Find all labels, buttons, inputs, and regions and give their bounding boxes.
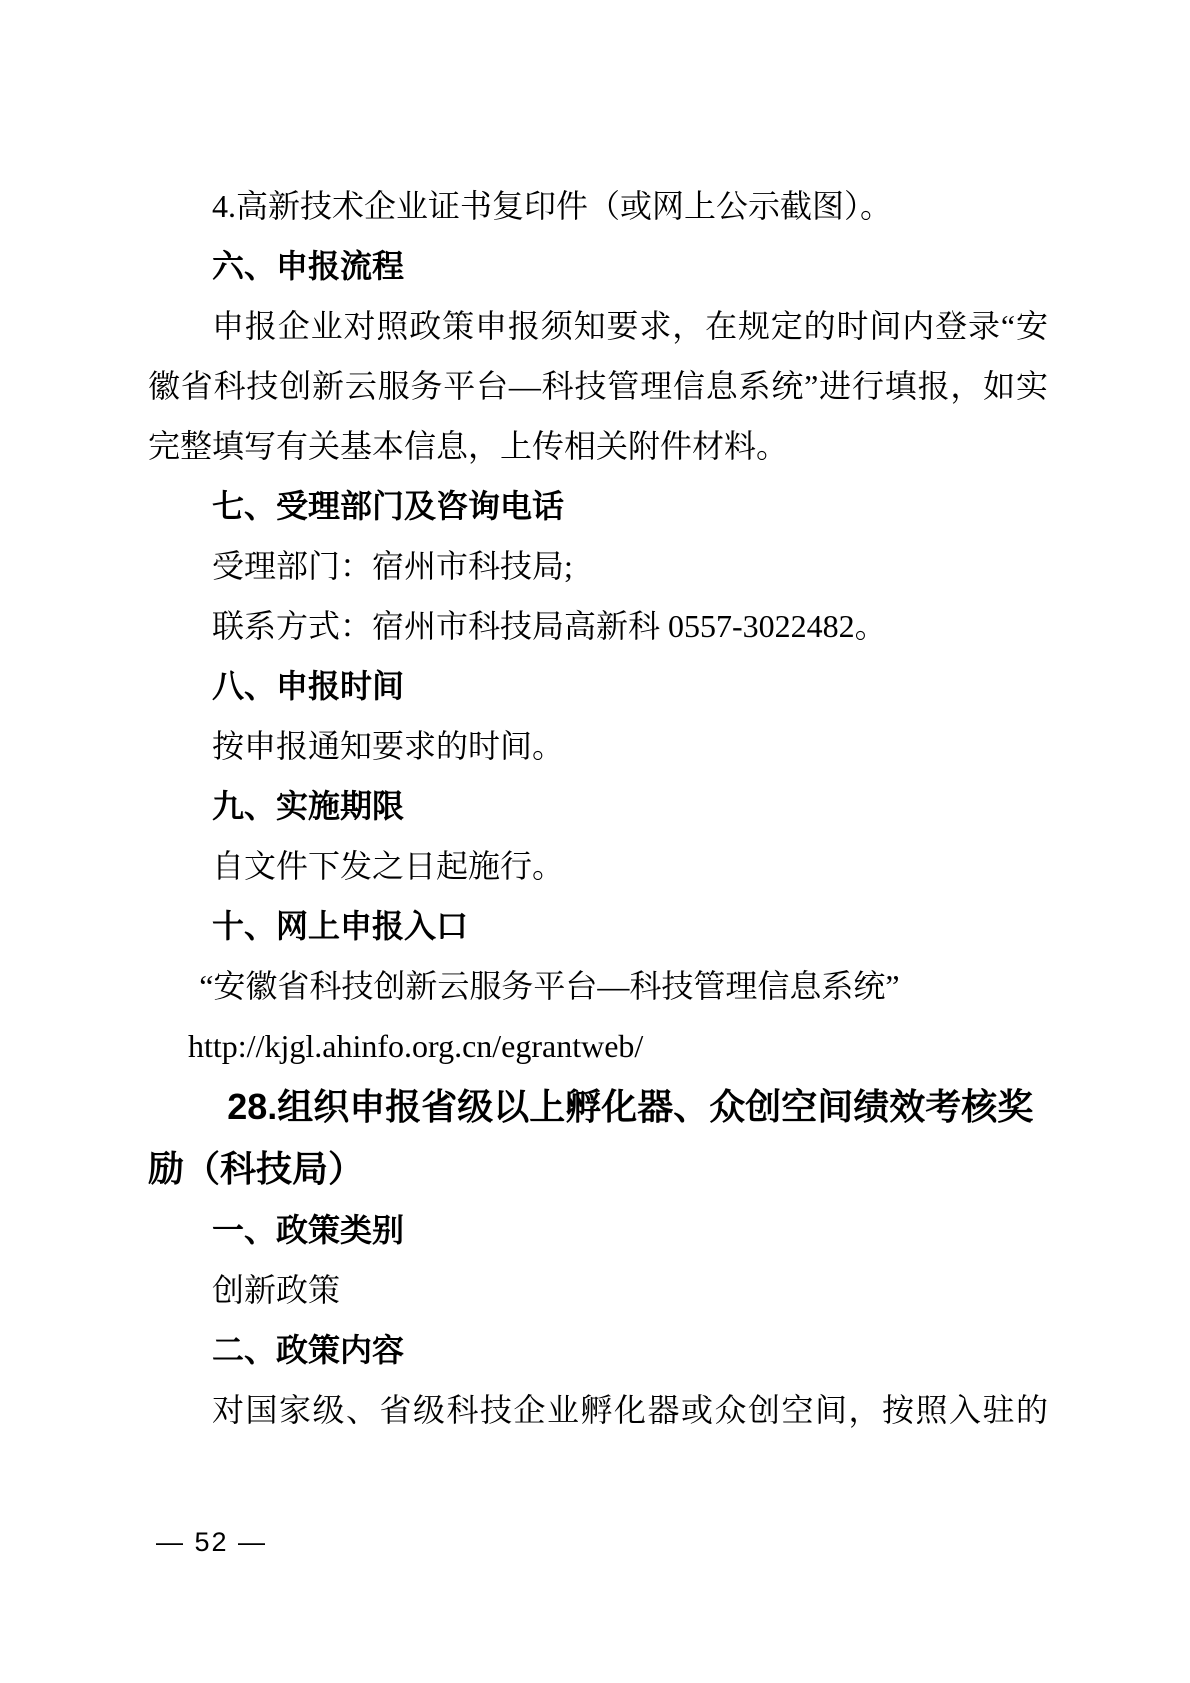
para-contact-info: 联系方式：宿州市科技局高新科 0557-3022482。 [148, 596, 1048, 656]
page-number: — 52 — [156, 1527, 267, 1558]
document-page: 4.高新技术企业证书复印件（或网上公示截图）。 六、申报流程 申报企业对照政策申… [0, 0, 1190, 1683]
heading-six-application-process: 六、申报流程 [148, 236, 1048, 296]
heading-nine-implementation-period: 九、实施期限 [148, 776, 1048, 836]
heading-eight-application-time: 八、申报时间 [148, 656, 1048, 716]
para-application-process-body: 申报企业对照政策申报须知要求，在规定的时间内登录“安徽省科技创新云服务平台—科技… [148, 296, 1048, 476]
para-application-time: 按申报通知要求的时间。 [148, 716, 1048, 776]
para-accepting-department: 受理部门：宿州市科技局; [148, 536, 1048, 596]
heading-ten-online-entry: 十、网上申报入口 [148, 896, 1048, 956]
para-implementation-period: 自文件下发之日起施行。 [148, 836, 1048, 896]
para-policy-category: 创新政策 [148, 1260, 1048, 1320]
para-policy-content-first-line: 对国家级、省级科技企业孵化器或众创空间，按照入驻的 [148, 1380, 1048, 1440]
heading-one-policy-category: 一、政策类别 [148, 1200, 1048, 1260]
document-content: 4.高新技术企业证书复印件（或网上公示截图）。 六、申报流程 申报企业对照政策申… [148, 176, 1048, 1440]
para-portal-url: http://kjgl.ahinfo.org.cn/egrantweb/ [148, 1016, 1048, 1076]
para-portal-name: “安徽省科技创新云服务平台—科技管理信息系统” [148, 956, 1048, 1016]
section-heading-item-28: 28.组织申报省级以上孵化器、众创空间绩效考核奖励（科技局） [148, 1076, 1048, 1200]
para-attachment-item-4: 4.高新技术企业证书复印件（或网上公示截图）。 [148, 176, 1048, 236]
heading-two-policy-content: 二、政策内容 [148, 1320, 1048, 1380]
heading-seven-accepting-department-phone: 七、受理部门及咨询电话 [148, 476, 1048, 536]
